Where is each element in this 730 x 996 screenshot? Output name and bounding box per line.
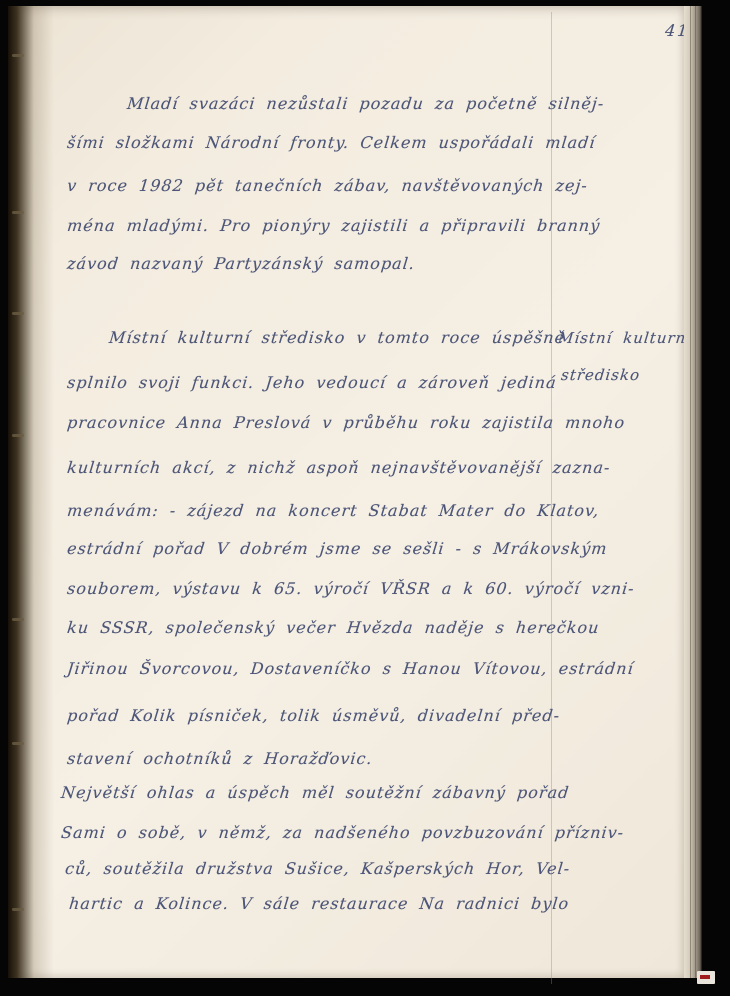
handwritten-line: souborem, výstavu k 65. výročí VŘSR a k … xyxy=(66,578,636,600)
handwritten-line: Sami o sobě, v němž, za nadšeného povzbu… xyxy=(60,822,625,844)
binding-stitch-mark xyxy=(12,54,24,57)
chronicle-page: 41 Mladí svazáci nezůstali pozadu za poč… xyxy=(8,6,684,978)
handwritten-line: Mladí svazáci nezůstali pozadu za početn… xyxy=(126,93,605,115)
scan-artifact-tag xyxy=(697,971,715,984)
handwritten-line: pořad Kolik písniček, tolik úsměvů, diva… xyxy=(66,705,561,727)
handwritten-line: stavení ochotníků z Horažďovic. xyxy=(66,748,374,770)
page-stack-edge xyxy=(684,6,702,978)
handwritten-line: pracovnice Anna Preslová v průběhu roku … xyxy=(66,412,626,434)
binding-stitch-mark xyxy=(12,742,24,745)
handwritten-line: Místní kulturní středisko v tomto roce ú… xyxy=(108,327,566,349)
margin-note: středisko xyxy=(560,364,641,386)
handwritten-line: menávám: - zájezd na koncert Stabat Mate… xyxy=(66,500,600,522)
scan-artifact-red-bar xyxy=(700,975,710,979)
handwritten-line: splnilo svoji funkci. Jeho vedoucí a zár… xyxy=(66,372,558,394)
binding-stitch-mark xyxy=(12,211,24,214)
margin-note: Místní kulturní xyxy=(557,327,693,349)
scanned-document: 41 Mladí svazáci nezůstali pozadu za poč… xyxy=(0,0,730,996)
page-edge-line xyxy=(695,6,696,978)
binding-stitch-mark xyxy=(12,312,24,315)
binding-stitch-mark xyxy=(12,618,24,621)
binding-stitch-mark xyxy=(12,908,24,911)
handwritten-line: ména mladými. Pro pionýry zajistili a př… xyxy=(66,215,601,237)
handwritten-line: ců, soutěžila družstva Sušice, Kašperský… xyxy=(64,858,571,880)
handwritten-line: kulturních akcí, z nichž aspoň nejnavště… xyxy=(66,457,612,479)
handwritten-line: závod nazvaný Partyzánský samopal. xyxy=(66,253,416,275)
handwritten-line: Největší ohlas a úspěch měl soutěžní záb… xyxy=(60,782,571,804)
handwritten-line: ku SSSR, společenský večer Hvězda naděje… xyxy=(66,617,601,639)
handwritten-line: Jiřinou Švorcovou, Dostaveníčko s Hanou … xyxy=(66,658,635,680)
handwritten-line: estrádní pořad V dobrém jsme se sešli - … xyxy=(66,538,609,560)
binding-gutter-shadow xyxy=(8,6,54,978)
handwritten-line: v roce 1982 pět tanečních zábav, navštěv… xyxy=(66,175,589,197)
page-edge-line xyxy=(690,6,691,978)
binding-stitch-mark xyxy=(12,434,24,437)
handwritten-line: šími složkami Národní fronty. Celkem usp… xyxy=(66,132,597,154)
handwritten-line: hartic a Kolince. V sále restaurace Na r… xyxy=(68,893,570,915)
